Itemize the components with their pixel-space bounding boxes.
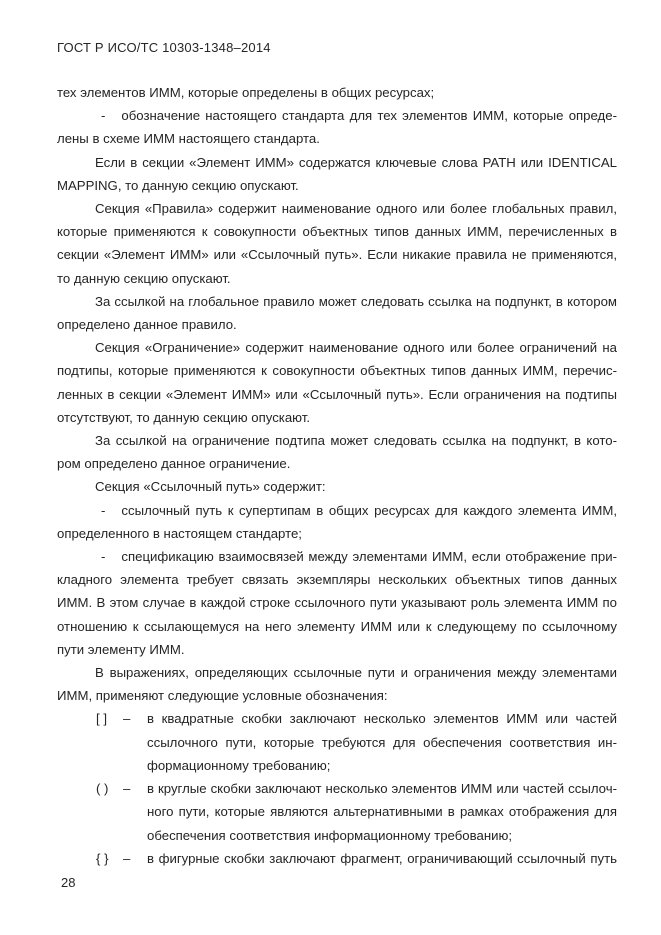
- standard-designation-header: ГОСТ Р ИСО/ТС 10303-1348–2014: [57, 40, 271, 55]
- dash-separator: –: [123, 707, 147, 730]
- list-item-text: в круглые скобки заключают несколько эле…: [147, 777, 617, 847]
- paragraph: Секция «Ограничение» содержит наименован…: [57, 336, 617, 429]
- document-page: { "header": { "text": "ГОСТ Р ИСО/ТС 103…: [0, 0, 661, 935]
- square-brackets-marker: [ ]: [96, 707, 123, 730]
- dash-separator: –: [123, 847, 147, 870]
- list-item-round-brackets: ( ) – в круглые скобки заключают несколь…: [57, 777, 617, 847]
- list-item-dash: -спецификацию взаимосвязей между элемент…: [57, 545, 617, 661]
- list-item-dash: -обозначение настоящего стандарта для те…: [57, 104, 617, 150]
- list-item-text: в фигурные скобки заключают фрагмент, ог…: [147, 847, 617, 870]
- paragraph: За ссылкой на глобальное правило может с…: [57, 290, 617, 336]
- paragraph: Секция «Правила» содержит наименование о…: [57, 197, 617, 290]
- list-item-curly-brackets: { } – в фигурные скобки заключают фрагме…: [57, 847, 617, 870]
- dash-marker: -: [101, 549, 105, 564]
- dash-marker: -: [101, 503, 105, 518]
- paragraph: Секция «Ссылочный путь» содержит:: [57, 475, 617, 498]
- round-brackets-marker: ( ): [96, 777, 123, 800]
- document-body: тех элементов ИММ, которые определены в …: [57, 81, 617, 870]
- dash-marker: -: [101, 108, 105, 123]
- dash-separator: –: [123, 777, 147, 800]
- paragraph: Если в секции «Элемент ИММ» содержатся к…: [57, 151, 617, 197]
- list-item-text: спецификацию взаимосвязей между элемента…: [57, 549, 617, 657]
- paragraph: В выражениях, определяющих ссылочные пут…: [57, 661, 617, 707]
- paragraph-continuation: тех элементов ИММ, которые определены в …: [57, 81, 617, 104]
- page-number: 28: [61, 875, 75, 890]
- list-item-text: в квадратные скобки заключают несколько …: [147, 707, 617, 777]
- list-item-text: ссылочный путь к супертипам в общих ресу…: [57, 503, 617, 541]
- paragraph: За ссылкой на ограничение подтипа может …: [57, 429, 617, 475]
- list-item-dash: -ссылочный путь к супертипам в общих рес…: [57, 499, 617, 545]
- list-item-square-brackets: [ ] – в квадратные скобки заключают неск…: [57, 707, 617, 777]
- list-item-text: обозначение настоящего стандарта для тех…: [57, 108, 617, 146]
- curly-brackets-marker: { }: [96, 847, 123, 870]
